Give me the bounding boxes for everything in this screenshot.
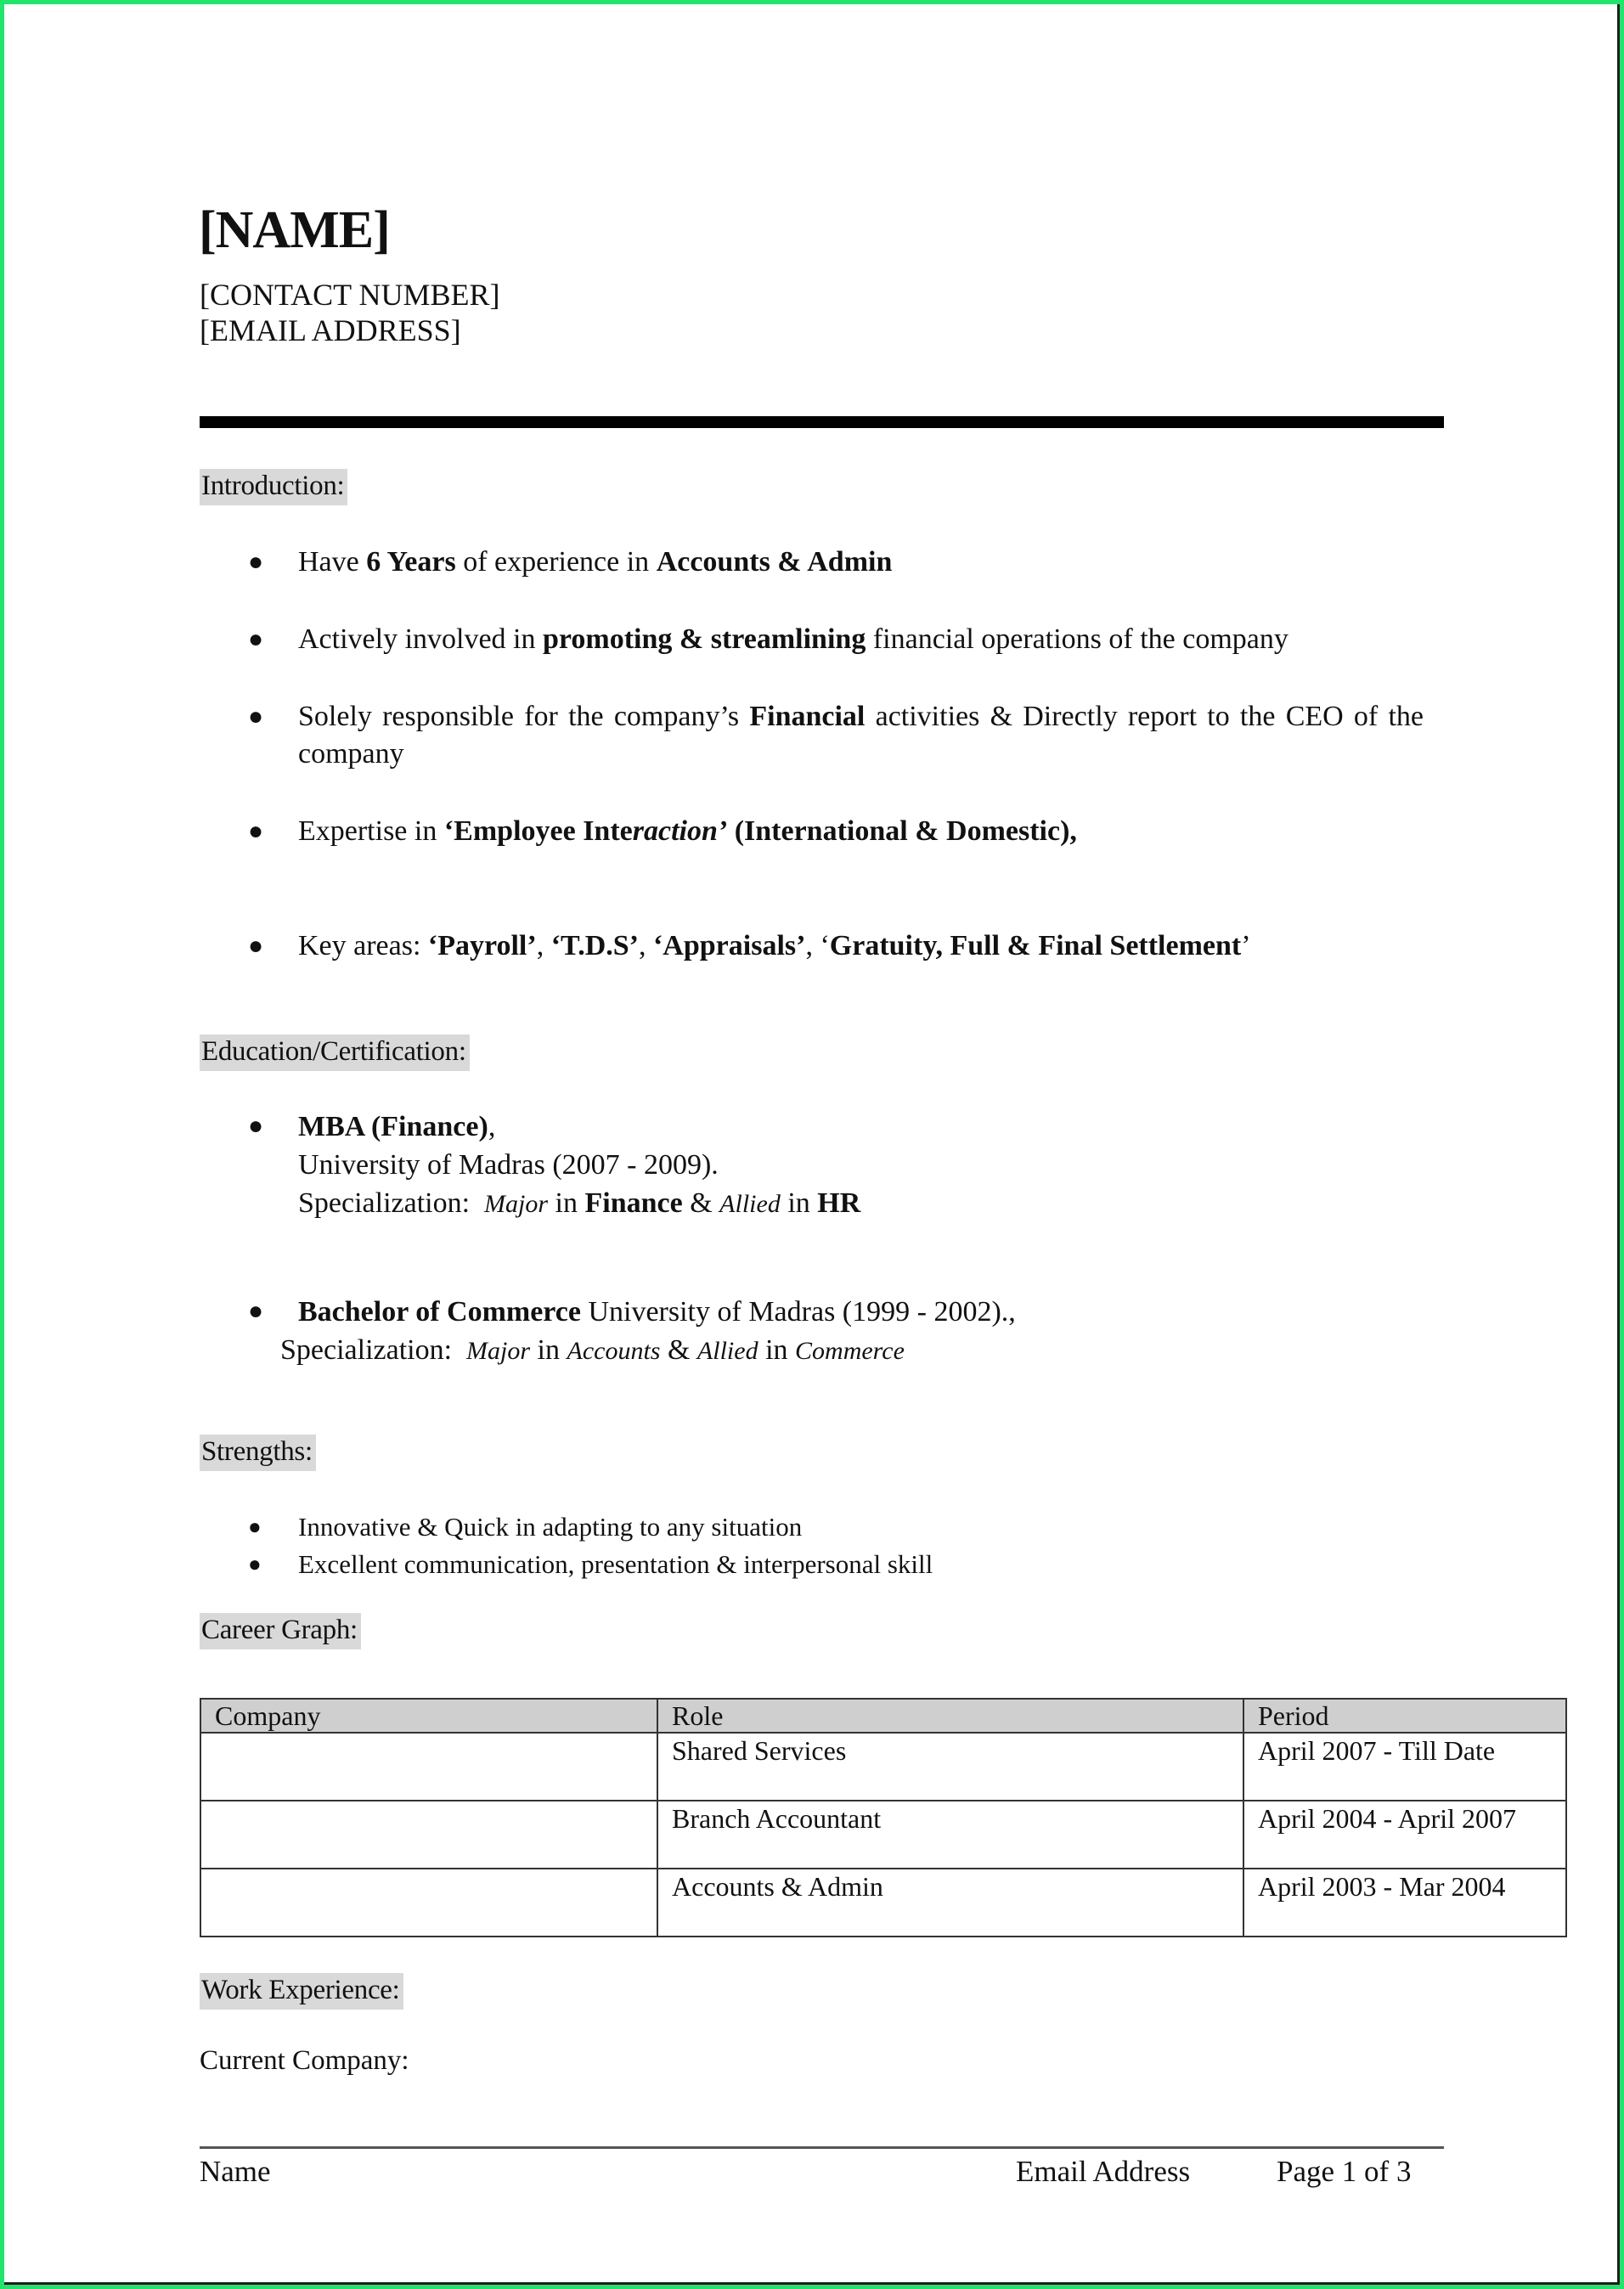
cell-company xyxy=(200,1801,657,1869)
text-run: Allied xyxy=(697,1337,758,1365)
intro-bullet-text: Key areas: ‘Payroll’, ‘T.D.S’, ‘Appraisa… xyxy=(298,927,1251,965)
bullet-icon: ● xyxy=(248,1293,263,1330)
text-run: 6 Years xyxy=(366,546,455,578)
bullet-icon: ● xyxy=(248,544,263,581)
specialization-label: Specialization: xyxy=(280,1334,452,1366)
section-label-text: Career Graph: xyxy=(200,1613,361,1649)
contact-number: [CONTACT NUMBER] xyxy=(200,277,499,313)
text-run: Finance xyxy=(585,1187,683,1219)
text-run: Accounts xyxy=(567,1337,661,1365)
section-education-label: Education/Certification: xyxy=(200,1035,470,1071)
strength-text: Excellent communication, presentation & … xyxy=(298,1546,933,1583)
text-run: & xyxy=(660,1334,696,1366)
section-career-graph-label: Career Graph: xyxy=(200,1613,361,1649)
bullet-icon: ● xyxy=(248,698,263,736)
text-run: Allied xyxy=(719,1190,781,1218)
intro-bullet-text: Expertise in ‘Employee Interaction’ (Int… xyxy=(298,813,1077,850)
footer-email: Email Address xyxy=(1016,2155,1190,2189)
specialization-text: Major in Finance & Allied in HR xyxy=(484,1187,860,1219)
text-run: financial operations of the company xyxy=(866,623,1288,655)
bullet-icon: ● xyxy=(248,621,263,658)
text-run: of experience in xyxy=(456,546,657,578)
current-company-label: Current Company: xyxy=(200,2045,409,2077)
bullet-icon: ● xyxy=(248,1108,263,1145)
text-run: , ‘ xyxy=(805,930,829,961)
university: University of Madras (1999 - 2002)., xyxy=(581,1296,1016,1328)
career-table: Company Role Period Shared Services Apri… xyxy=(200,1698,1567,1937)
specialization-label: Specialization: xyxy=(298,1187,470,1219)
text-run: Financial xyxy=(749,701,865,732)
text-run: , xyxy=(639,930,653,961)
cell-company xyxy=(200,1733,657,1801)
text-run: in xyxy=(758,1334,795,1366)
text-run: Expertise in xyxy=(298,815,444,847)
text-run: ‘Appraisals’ xyxy=(653,930,805,961)
specialization: Specialization: Major in Finance & Allie… xyxy=(298,1184,860,1223)
text-run: Actively involved in xyxy=(298,623,543,655)
section-label-text: Introduction: xyxy=(200,469,347,505)
bullet-icon: ● xyxy=(248,1508,262,1546)
text-run: HR xyxy=(817,1187,860,1219)
cell-period: April 2004 - April 2007 xyxy=(1243,1801,1566,1869)
text-run: & xyxy=(683,1187,719,1219)
text-run: ‘Employee Inte xyxy=(444,815,633,847)
intro-bullet-text: Solely responsible for the company’s Fin… xyxy=(298,698,1424,773)
text-run: , xyxy=(537,930,551,961)
bullet-icon: ● xyxy=(248,1546,262,1583)
university: University of Madras (2007 - 2009). xyxy=(298,1146,860,1184)
text-run: raction’ xyxy=(633,815,727,847)
bullet-icon: ● xyxy=(248,813,263,850)
text-run: Gratuity, Full & Final Settlement xyxy=(830,930,1241,961)
text-run: Key areas: xyxy=(298,930,428,961)
text-run: in xyxy=(548,1187,584,1219)
text-run: promoting & streamlining xyxy=(543,623,866,655)
text-run: in xyxy=(781,1187,817,1219)
email-address: [EMAIL ADDRESS] xyxy=(200,313,499,348)
specialization: Specialization: Major in Accounts & Alli… xyxy=(280,1331,1016,1370)
degree-title: MBA (Finance) xyxy=(298,1111,488,1142)
column-header-period: Period xyxy=(1243,1699,1566,1733)
text-run: ‘Payroll’ xyxy=(428,930,537,961)
table-row: Shared Services April 2007 - Till Date xyxy=(200,1733,1566,1801)
contact-block: [CONTACT NUMBER] [EMAIL ADDRESS] xyxy=(200,277,499,348)
text-run: in xyxy=(530,1334,567,1366)
cell-role: Branch Accountant xyxy=(657,1801,1243,1869)
text-run: Have xyxy=(298,546,366,578)
section-introduction-label: Introduction: xyxy=(200,469,347,505)
text-run: ’ xyxy=(1241,930,1250,961)
text-run: Major xyxy=(484,1190,548,1218)
text-run: Commerce xyxy=(795,1337,905,1365)
text-run: Solely responsible for the company’s xyxy=(298,701,749,732)
table-header-row: Company Role Period xyxy=(200,1699,1566,1733)
cell-company xyxy=(200,1869,657,1937)
text-run: ‘T.D.S’ xyxy=(551,930,639,961)
text-run: Accounts & Admin xyxy=(657,546,893,578)
table-row: Branch Accountant April 2004 - April 200… xyxy=(200,1801,1566,1869)
footer-divider xyxy=(200,2146,1444,2149)
strength-text: Innovative & Quick in adapting to any si… xyxy=(298,1508,802,1546)
column-header-company: Company xyxy=(200,1699,657,1733)
degree-suffix: , xyxy=(488,1111,496,1142)
column-header-role: Role xyxy=(657,1699,1243,1733)
footer-name: Name xyxy=(200,2155,271,2189)
cell-period: April 2003 - Mar 2004 xyxy=(1243,1869,1566,1937)
bullet-icon: ● xyxy=(248,927,263,965)
intro-bullet-text: Have 6 Years of experience in Accounts &… xyxy=(298,544,892,581)
table-row: Accounts & Admin April 2003 - Mar 2004 xyxy=(200,1869,1566,1937)
section-label-text: Education/Certification: xyxy=(200,1035,470,1071)
section-label-text: Strengths: xyxy=(200,1435,316,1471)
intro-bullet-text: Actively involved in promoting & streaml… xyxy=(298,621,1288,658)
section-label-text: Work Experience: xyxy=(200,1973,403,2010)
footer-page-number: Page 1 of 3 xyxy=(1277,2155,1411,2189)
cell-period: April 2007 - Till Date xyxy=(1243,1733,1566,1801)
section-work-experience-label: Work Experience: xyxy=(200,1973,403,2010)
text-run: Major xyxy=(466,1337,530,1365)
section-strengths-label: Strengths: xyxy=(200,1435,316,1471)
header-divider xyxy=(200,416,1444,428)
degree-title: Bachelor of Commerce xyxy=(298,1296,581,1328)
cell-role: Shared Services xyxy=(657,1733,1243,1801)
text-run: (International & Domestic), xyxy=(727,815,1077,847)
specialization-text: Major in Accounts & Allied in Commerce xyxy=(466,1334,905,1366)
cell-role: Accounts & Admin xyxy=(657,1869,1243,1937)
candidate-name: [NAME] xyxy=(199,200,390,261)
